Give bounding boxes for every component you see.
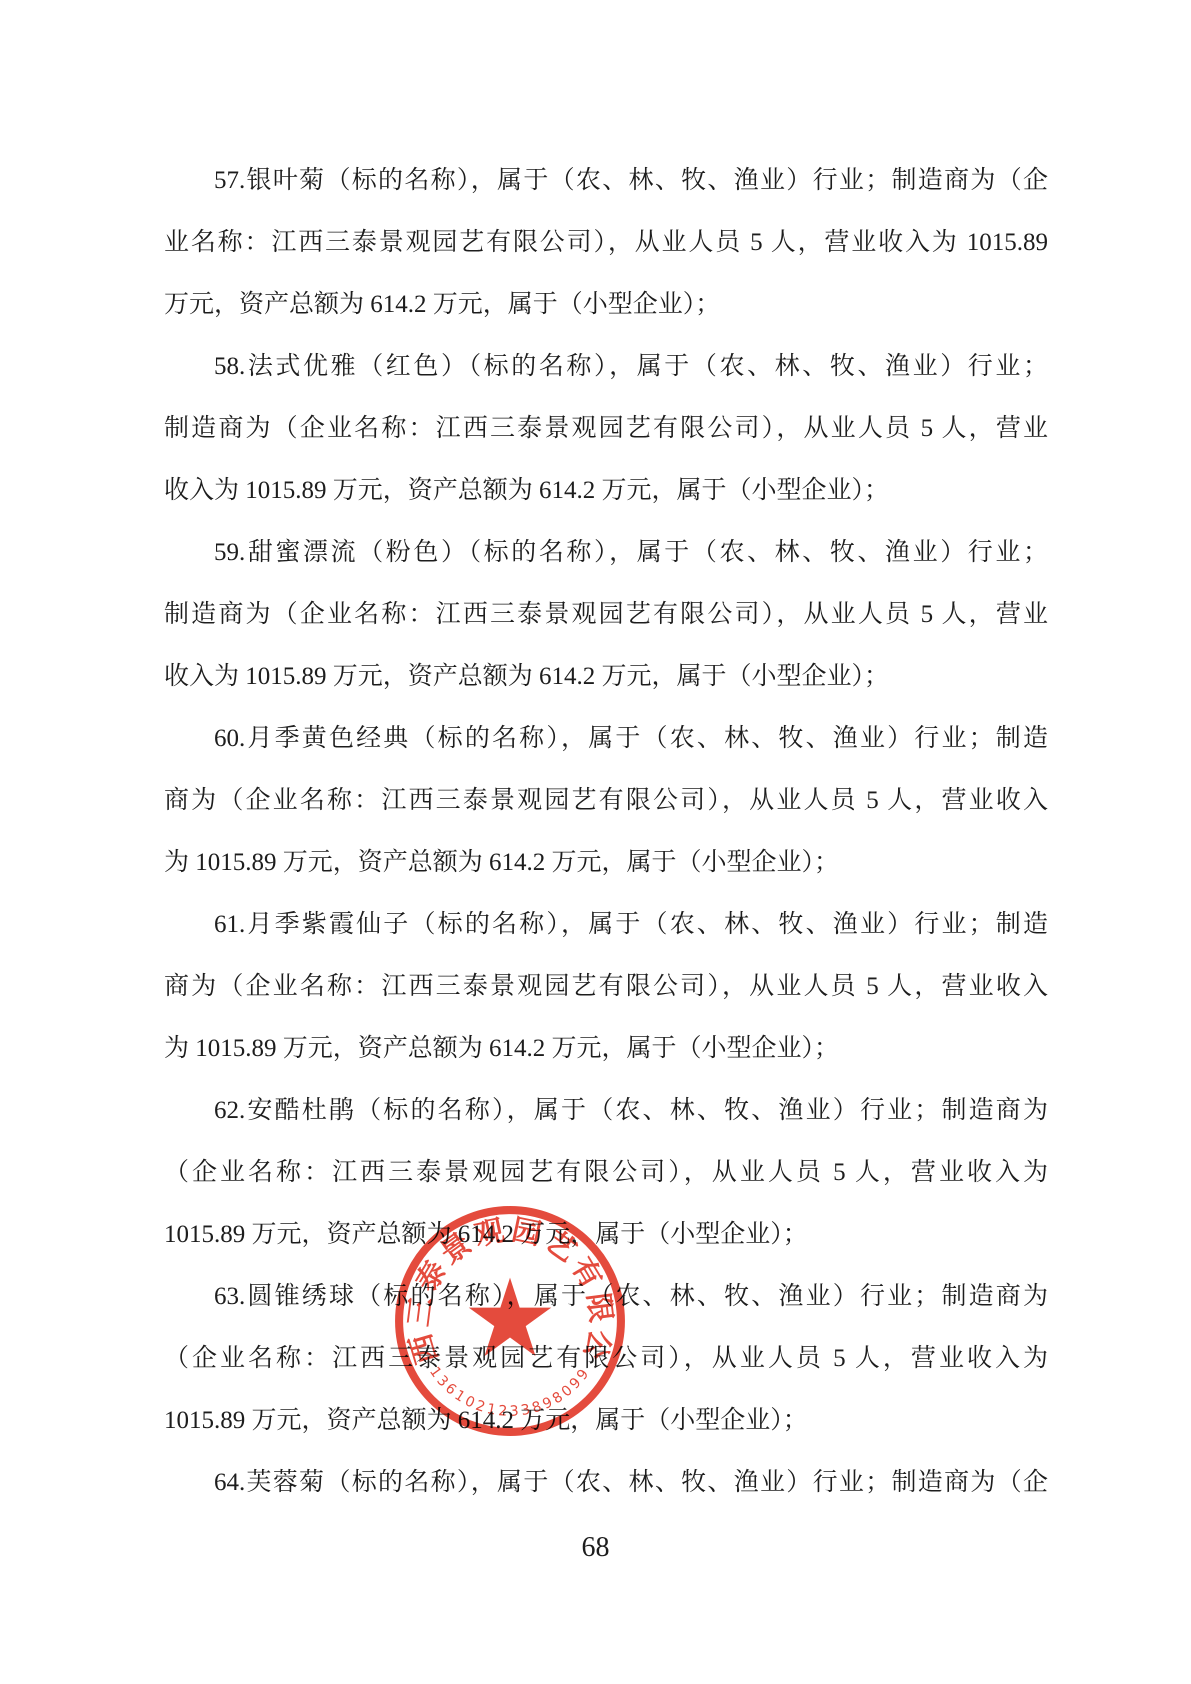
text-line: 61.月季紫霞仙子（标的名称），属于（农、林、牧、渔业）行业；制造 — [164, 894, 1048, 956]
page-number: 68 — [0, 1532, 1191, 1564]
text-line: （企业名称：江西三泰景观园艺有限公司），从业人员 5 人，营业收入为 — [164, 1142, 1048, 1204]
text-line: 制造商为（企业名称：江西三泰景观园艺有限公司），从业人员 5 人，营业 — [164, 584, 1048, 646]
text-line: 1015.89 万元，资产总额为 614.2 万元，属于（小型企业）； — [164, 1390, 1048, 1452]
text-line: 商为（企业名称：江西三泰景观园艺有限公司），从业人员 5 人，营业收入 — [164, 956, 1048, 1018]
text-line: 63.圆锥绣球（标的名称），属于（农、林、牧、渔业）行业；制造商为 — [164, 1266, 1048, 1328]
list-item-59: 59.甜蜜漂流（粉色）（标的名称），属于（农、林、牧、渔业）行业； 制造商为（企… — [164, 522, 1048, 708]
list-item-60: 60.月季黄色经典（标的名称），属于（农、林、牧、渔业）行业；制造 商为（企业名… — [164, 708, 1048, 894]
text-line: 64.芙蓉菊（标的名称），属于（农、林、牧、渔业）行业；制造商为（企 — [164, 1452, 1048, 1514]
text-line: 59.甜蜜漂流（粉色）（标的名称），属于（农、林、牧、渔业）行业； — [164, 522, 1048, 584]
text-line: 58.法式优雅（红色）（标的名称），属于（农、林、牧、渔业）行业； — [164, 336, 1048, 398]
list-item-57: 57.银叶菊（标的名称），属于（农、林、牧、渔业）行业；制造商为（企 业名称：江… — [164, 150, 1048, 336]
document-page: 57.银叶菊（标的名称），属于（农、林、牧、渔业）行业；制造商为（企 业名称：江… — [0, 0, 1191, 1684]
list-item-62: 62.安酷杜鹃（标的名称），属于（农、林、牧、渔业）行业；制造商为 （企业名称：… — [164, 1080, 1048, 1266]
text-line: 为 1015.89 万元，资产总额为 614.2 万元，属于（小型企业）； — [164, 832, 1048, 894]
text-line: 万元，资产总额为 614.2 万元，属于（小型企业）； — [164, 274, 1048, 336]
list-item-61: 61.月季紫霞仙子（标的名称），属于（农、林、牧、渔业）行业；制造 商为（企业名… — [164, 894, 1048, 1080]
text-line: 制造商为（企业名称：江西三泰景观园艺有限公司），从业人员 5 人，营业 — [164, 398, 1048, 460]
text-line: 为 1015.89 万元，资产总额为 614.2 万元，属于（小型企业）； — [164, 1018, 1048, 1080]
text-line: 60.月季黄色经典（标的名称），属于（农、林、牧、渔业）行业；制造 — [164, 708, 1048, 770]
document-body: 57.银叶菊（标的名称），属于（农、林、牧、渔业）行业；制造商为（企 业名称：江… — [164, 150, 1048, 1514]
list-item-64: 64.芙蓉菊（标的名称），属于（农、林、牧、渔业）行业；制造商为（企 — [164, 1452, 1048, 1514]
text-line: 商为（企业名称：江西三泰景观园艺有限公司），从业人员 5 人，营业收入 — [164, 770, 1048, 832]
text-line: 收入为 1015.89 万元，资产总额为 614.2 万元，属于（小型企业）； — [164, 646, 1048, 708]
text-line: 1015.89 万元，资产总额为 614.2 万元，属于（小型企业）； — [164, 1204, 1048, 1266]
list-item-58: 58.法式优雅（红色）（标的名称），属于（农、林、牧、渔业）行业； 制造商为（企… — [164, 336, 1048, 522]
list-item-63: 63.圆锥绣球（标的名称），属于（农、林、牧、渔业）行业；制造商为 （企业名称：… — [164, 1266, 1048, 1452]
text-line: 62.安酷杜鹃（标的名称），属于（农、林、牧、渔业）行业；制造商为 — [164, 1080, 1048, 1142]
text-line: 57.银叶菊（标的名称），属于（农、林、牧、渔业）行业；制造商为（企 — [164, 150, 1048, 212]
text-line: 业名称：江西三泰景观园艺有限公司），从业人员 5 人，营业收入为 1015.89 — [164, 212, 1048, 274]
text-line: （企业名称：江西三泰景观园艺有限公司），从业人员 5 人，营业收入为 — [164, 1328, 1048, 1390]
text-line: 收入为 1015.89 万元，资产总额为 614.2 万元，属于（小型企业）； — [164, 460, 1048, 522]
